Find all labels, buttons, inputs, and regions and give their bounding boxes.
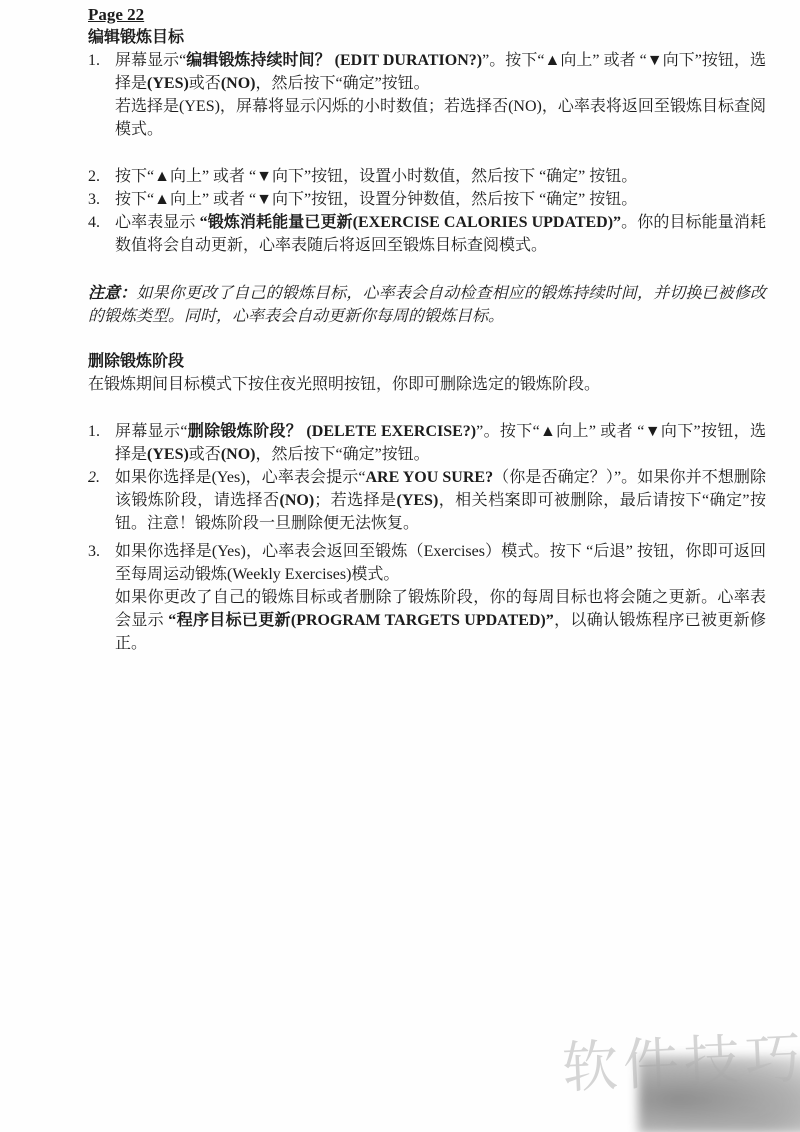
list1-item2: 2. 按下“▲向上” 或者 “▼向下”按钮，设置小时数值，然后按下 “确定” 按… [88, 165, 766, 188]
list1-item2-body: 按下“▲向上” 或者 “▼向下”按钮，设置小时数值，然后按下 “确定” 按钮。 [115, 165, 766, 188]
list1-item3-number: 3. [88, 188, 115, 211]
paragraph: 按下“▲向上” 或者 “▼向下”按钮，设置小时数值，然后按下 “确定” 按钮。 [115, 165, 766, 188]
text-run-bold: (YES) [396, 492, 438, 509]
text-run: ，然后按下“确定”按钮。 [255, 75, 429, 92]
note-label: 注意： [88, 285, 136, 302]
list2-item2-body: 如果你选择是(Yes)，心率表会提示“ARE YOU SURE?（你是否确定？）… [115, 466, 766, 535]
list2-item2-number: 2. [88, 466, 115, 535]
text-run-bold: ARE YOU SURE? [365, 469, 493, 486]
text-run-bold: (NO) [221, 446, 256, 463]
text-run: 心率表显示 [115, 214, 200, 231]
list1-item1-body: 屏幕显示“编辑锻炼持续时间？ (EDIT DURATION?)”。按下“▲向上”… [115, 49, 766, 141]
text-run-bold: (NO) [221, 75, 256, 92]
page-content: Page 22 编辑锻炼目标 1. 屏幕显示“编辑锻炼持续时间？ (EDIT D… [88, 3, 766, 655]
text-run-bold: “锻炼消耗能量已更新(EXERCISE CALORIES UPDATED)” [200, 214, 621, 231]
text-run: 屏幕显示“ [115, 423, 187, 440]
list1-item3-body: 按下“▲向上” 或者 “▼向下”按钮，设置分钟数值，然后按下 “确定” 按钮。 [115, 188, 766, 211]
paragraph: 屏幕显示“编辑锻炼持续时间？ (EDIT DURATION?)”。按下“▲向上”… [115, 49, 766, 95]
paragraph: 若选择是(YES)，屏幕将显示闪烁的小时数值；若选择否(NO)，心率表将返回至锻… [115, 95, 766, 141]
note-text: 如果你更改了自己的锻炼目标，心率表会自动检查相应的锻炼持续时间，并切换已被修改的… [88, 285, 766, 325]
page-header: Page 22 [88, 3, 766, 26]
text-run-bold: (YES) [147, 75, 189, 92]
list2-item1-number: 1. [88, 420, 115, 466]
paragraph: 心率表显示 “锻炼消耗能量已更新(EXERCISE CALORIES UPDAT… [115, 211, 766, 257]
text-run-bold: “程序目标已更新(PROGRAM TARGETS UPDATED)” [168, 612, 553, 629]
list1-item4: 4. 心率表显示 “锻炼消耗能量已更新(EXERCISE CALORIES UP… [88, 211, 766, 257]
list2-item1-body: 屏幕显示“删除锻炼阶段？ (DELETE EXERCISE?)”。按下“▲向上”… [115, 420, 766, 466]
paragraph: 屏幕显示“删除锻炼阶段？ (DELETE EXERCISE?)”。按下“▲向上”… [115, 420, 766, 466]
list1-item4-number: 4. [88, 211, 115, 257]
paragraph: 如果你选择是(Yes)，心率表会提示“ARE YOU SURE?（你是否确定？）… [115, 466, 766, 535]
list2-item1: 1. 屏幕显示“删除锻炼阶段？ (DELETE EXERCISE?)”。按下“▲… [88, 420, 766, 466]
note-paragraph: 注意：如果你更改了自己的锻炼目标，心率表会自动检查相应的锻炼持续时间，并切换已被… [88, 282, 766, 328]
paragraph: 按下“▲向上” 或者 “▼向下”按钮，设置分钟数值，然后按下 “确定” 按钮。 [115, 188, 766, 211]
text-run-bold: (YES) [147, 446, 189, 463]
list2-item3-number: 3. [88, 540, 115, 655]
list1-item1-number: 1. [88, 49, 115, 141]
list1-item3: 3. 按下“▲向上” 或者 “▼向下”按钮，设置分钟数值，然后按下 “确定” 按… [88, 188, 766, 211]
list2-item3: 3. 如果你选择是(Yes)，心率表会返回至锻炼（Exercises）模式。按下… [88, 540, 766, 655]
document-page: Page 22 编辑锻炼目标 1. 屏幕显示“编辑锻炼持续时间？ (EDIT D… [0, 0, 800, 1132]
list2-item3-body: 如果你选择是(Yes)，心率表会返回至锻炼（Exercises）模式。按下 “后… [115, 540, 766, 655]
list1-item1: 1. 屏幕显示“编辑锻炼持续时间？ (EDIT DURATION?)”。按下“▲… [88, 49, 766, 141]
paragraph: 如果你更改了自己的锻炼目标或者删除了锻炼阶段，你的每周目标也将会随之更新。心率表… [115, 586, 766, 655]
text-run: 或否 [189, 75, 221, 92]
text-run: ，然后按下“确定”按钮。 [255, 446, 429, 463]
text-run-bold: 编辑锻炼持续时间？ (EDIT DURATION?) [186, 52, 482, 69]
section1-title: 编辑锻炼目标 [88, 26, 766, 49]
list1-item2-number: 2. [88, 165, 115, 188]
list1-item4-body: 心率表显示 “锻炼消耗能量已更新(EXERCISE CALORIES UPDAT… [115, 211, 766, 257]
text-run-bold: 删除锻炼阶段？ (DELETE EXERCISE?) [187, 423, 476, 440]
paragraph: 如果你选择是(Yes)，心率表会返回至锻炼（Exercises）模式。按下 “后… [115, 540, 766, 586]
section2-intro: 在锻炼期间目标模式下按住夜光照明按钮，你即可删除选定的锻炼阶段。 [88, 373, 766, 396]
list2-item2: 2. 如果你选择是(Yes)，心率表会提示“ARE YOU SURE?（你是否确… [88, 466, 766, 535]
text-run: 或否 [189, 446, 221, 463]
text-run: ；若选择是 [314, 492, 396, 509]
text-run: 如果你选择是(Yes)，心率表会提示“ [115, 469, 365, 486]
section2-title: 删除锻炼阶段 [88, 350, 766, 373]
text-run-bold: (NO) [280, 492, 315, 509]
text-run: 屏幕显示“ [115, 52, 186, 69]
scan-artifact-blob [638, 1056, 800, 1132]
